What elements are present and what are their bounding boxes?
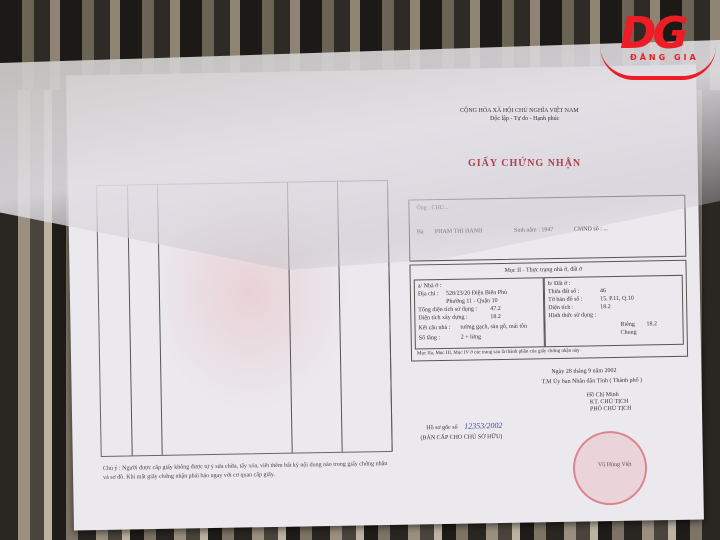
built-area-label: Diện tích xây dựng : [418, 315, 467, 322]
shared-label: Chung [621, 330, 637, 336]
structure-label: Kết cấu nhà : [418, 325, 450, 332]
sign-title-2: PHÓ CHỦ TỊCH [590, 406, 632, 413]
logo-mark: DG [620, 8, 685, 59]
photo: Chú ý : Người được cấp giấy không được t… [0, 0, 720, 540]
private-label: Riêng [620, 322, 634, 328]
warning-note: Chú ý : Người được cấp giấy không được t… [103, 460, 393, 483]
total-area: 47.2 [490, 306, 501, 312]
land-area-label: Diện tích : [548, 305, 573, 311]
subheader: Độc lập - Tự do - Hạnh phúc [490, 116, 559, 122]
floors: 2 + lửng [461, 334, 481, 340]
map-number: 15, P.11, Q.10 [600, 296, 634, 303]
certificate-title: GIẤY CHỨNG NHẬN [468, 158, 581, 169]
structure: tường gạch, sàn gỗ, mái tôn [460, 324, 527, 331]
address-line-1: 528/23/20 Điện Biên Phủ [446, 290, 507, 297]
logo-text: ĐĂNG GIA [630, 53, 699, 62]
parcel: 46 [600, 288, 606, 294]
built-area: 18.2 [490, 314, 501, 320]
address-line-2: Phường 11 - Quận 10 [446, 298, 498, 305]
address-label: Địa chỉ : [418, 291, 439, 297]
dang-gia-logo: DG ĐĂNG GIA [598, 8, 716, 78]
usage-label: Hình thức sử dụng : [548, 312, 596, 319]
parcel-label: Thửa đất số : [548, 289, 580, 296]
private-area: 18.2 [646, 321, 657, 327]
land-area: 18.2 [600, 304, 611, 310]
map-label: Tờ bản đồ số : [548, 297, 583, 304]
authority: T.M Ủy ban Nhân dân Tỉnh ( Thành phố ) [541, 378, 642, 386]
issue-date: Ngày 28 tháng 9 năm 2002 [551, 368, 616, 375]
total-area-label: Tổng diện tích sử dụng : [418, 306, 477, 313]
floors-label: Số tầng : [419, 335, 440, 341]
registry-label: Hồ sơ gốc số [426, 425, 457, 432]
city: Hồ Chí Minh [587, 392, 619, 399]
registry-number: 12353/2002 [464, 421, 502, 431]
sign-title-1: KT. CHỦ TỊCH [590, 399, 629, 406]
copy-note: (BẢN CẤP CHO CHỦ SỞ HỮU) [420, 434, 502, 441]
header: CỘNG HÒA XÃ HỘI CHỦ NGHĨA VIỆT NAM [460, 108, 579, 114]
house-label: a/ Nhà ở : [418, 283, 442, 289]
land-label: b/ Đất ở : [548, 281, 571, 287]
